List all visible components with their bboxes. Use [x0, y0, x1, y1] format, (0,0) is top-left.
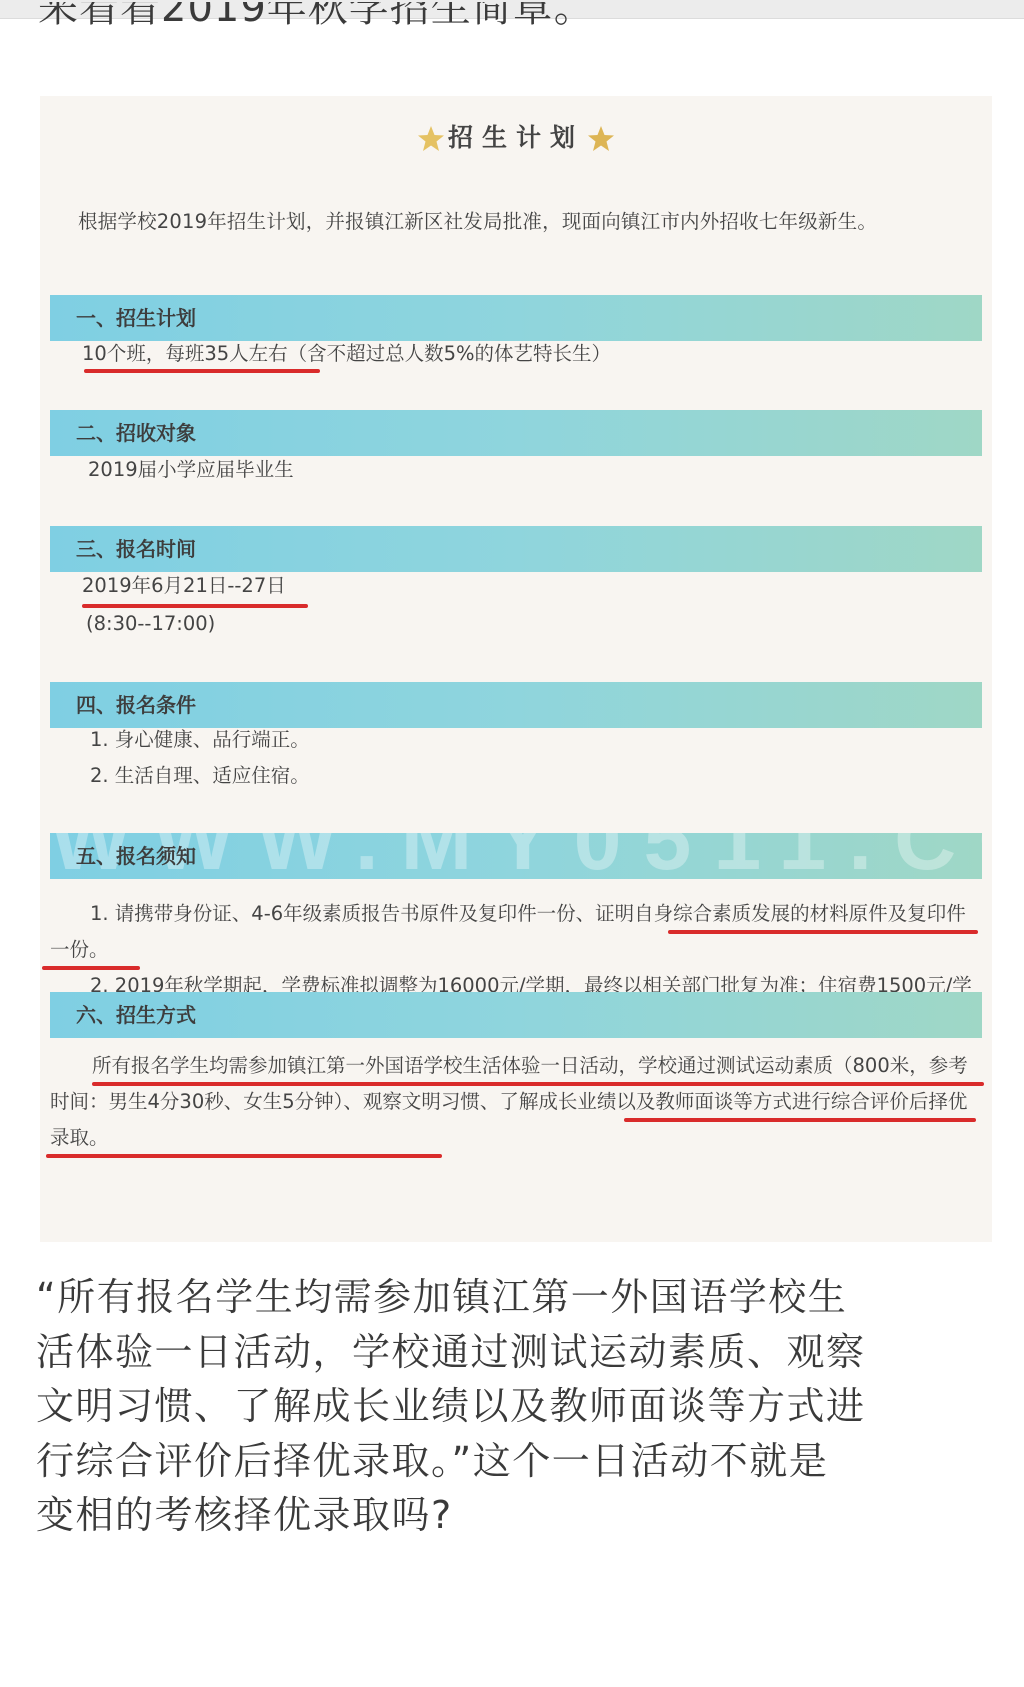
section-heading-notice: WWW.MY0511.COM 五、报名须知 [50, 833, 982, 879]
red-underline [668, 930, 978, 934]
admission-plan-image: 招生计划 根据学校2019年招生计划，并报镇江新区社发局批准，现面向镇江市内外招… [40, 96, 992, 1242]
section-heading-target: 二、招收对象 [50, 410, 982, 456]
section-plan-text: 10个班，每班35人左右（含不超过总人数5%的体艺特长生） [82, 336, 611, 372]
commentary-paragraph: “所有报名学生均需参加镇江第一外国语学校生 活体验一日活动，学校通过测试运动素质… [36, 1270, 996, 1543]
section-heading-time: 三、报名时间 [50, 526, 982, 572]
gold-star-icon [586, 124, 616, 154]
commentary-line: 活体验一日活动，学校通过测试运动素质、观察 [36, 1325, 996, 1380]
section-heading-plan: 一、招生计划 [50, 295, 982, 341]
red-underline [92, 1082, 984, 1086]
card-title: 招生计划 [40, 118, 992, 154]
method-paragraph: 所有报名学生均需参加镇江第一外国语学校生活体验一日活动，学校通过测试运动素质（8… [50, 1048, 985, 1156]
commentary-line: “所有报名学生均需参加镇江第一外国语学校生 [36, 1270, 996, 1325]
lead-text-partial: 来看看2019年秋学招生简章。 [38, 2, 595, 28]
red-underline [46, 1154, 442, 1158]
commentary-line: 变相的考核择优录取吗? [36, 1488, 996, 1543]
intro-paragraph: 根据学校2019年招生计划，并报镇江新区社发局批准，现面向镇江市内外招收七年级新… [50, 204, 980, 240]
section-time-date: 2019年6月21日--27日 [82, 568, 286, 604]
commentary-line: 行综合评价后择优录取。”这个一日活动不就是 [36, 1434, 996, 1489]
section-target-text: 2019届小学应届毕业生 [88, 452, 294, 488]
section-heading-method: 六、招生方式 [50, 992, 982, 1038]
condition-item: 1. 身心健康、品行端正。 [90, 722, 310, 758]
section-time-hours: (8:30--17:00) [86, 606, 215, 642]
red-underline [84, 369, 320, 373]
red-underline [624, 1118, 976, 1122]
condition-item: 2. 生活自理、适应住宿。 [90, 758, 310, 794]
commentary-line: 文明习惯、了解成长业绩以及教师面谈等方式进 [36, 1379, 996, 1434]
gold-star-icon [416, 124, 446, 154]
